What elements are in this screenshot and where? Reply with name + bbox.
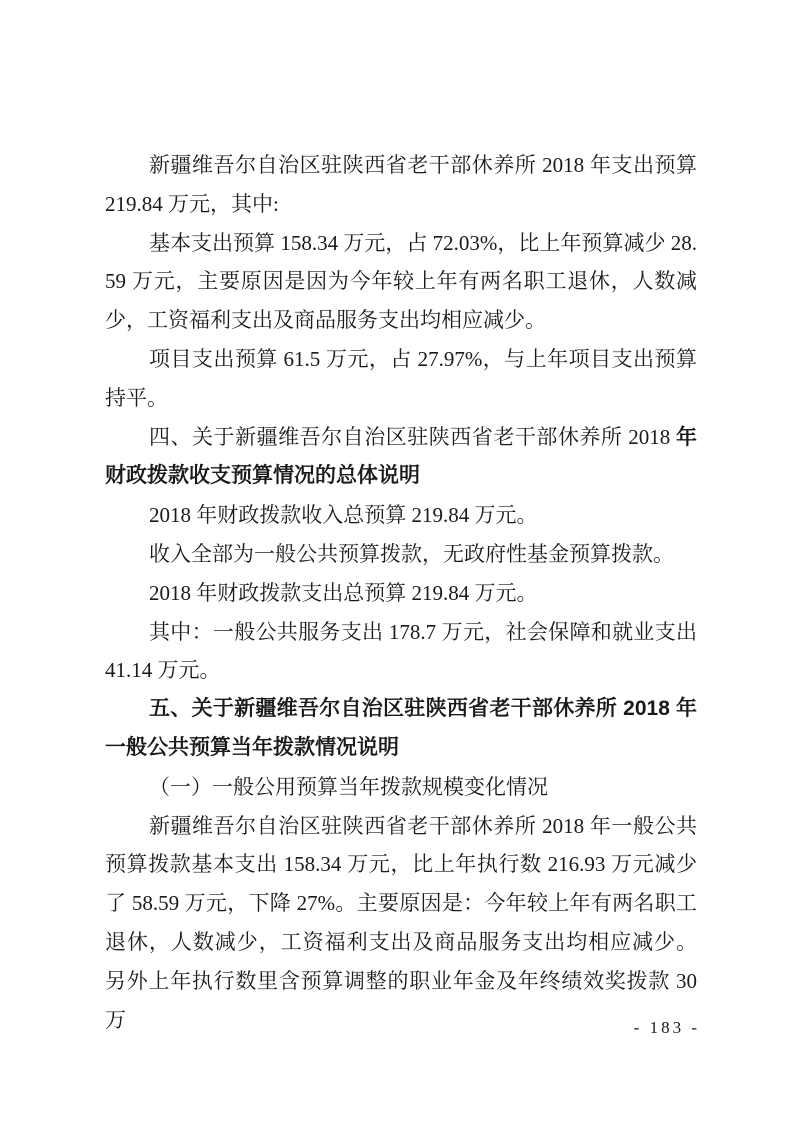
paragraph: 新疆维吾尔自治区驻陕西省老干部休养所 2018 年支出预算 219.84 万元，… bbox=[105, 146, 697, 224]
paragraph: 新疆维吾尔自治区驻陕西省老干部休养所 2018 年一般公共预算拨款基本支出 15… bbox=[105, 807, 697, 1040]
section-heading: 四、关于新疆维吾尔自治区驻陕西省老干部休养所 2018 年财政拨款收支预算情况的… bbox=[105, 418, 697, 497]
paragraph: 基本支出预算 158.34 万元，占 72.03%，比上年预算减少 28.59 … bbox=[105, 224, 697, 340]
paragraph: 2018 年财政拨款收入总预算 219.84 万元。 bbox=[105, 496, 697, 535]
paragraph: 项目支出预算 61.5 万元，占 27.97%，与上年项目支出预算持平。 bbox=[105, 340, 697, 418]
page-number: - 183 - bbox=[634, 1018, 700, 1038]
section-heading: 五、关于新疆维吾尔自治区驻陕西省老干部休养所 2018 年一般公共预算当年拨款情… bbox=[105, 690, 697, 768]
paragraph: 2018 年财政拨款支出总预算 219.84 万元。 bbox=[105, 574, 697, 613]
sub-heading: （一）一般公用预算当年拨款规模变化情况 bbox=[105, 768, 697, 807]
heading-text-regular: 四、关于新疆维吾尔自治区驻陕西省老干部休养所 2018 bbox=[149, 425, 676, 449]
document-body: 新疆维吾尔自治区驻陕西省老干部休养所 2018 年支出预算 219.84 万元，… bbox=[105, 146, 697, 1039]
paragraph: 其中：一般公共服务支出 178.7 万元，社会保障和就业支出 41.14 万元。 bbox=[105, 613, 697, 691]
document-page: 新疆维吾尔自治区驻陕西省老干部休养所 2018 年支出预算 219.84 万元，… bbox=[0, 0, 793, 1122]
heading-text-bold: 五、关于新疆维吾尔自治区驻陕西省老干部休养所 2018 年一般公共预算当年拨款情… bbox=[105, 697, 697, 759]
paragraph: 收入全部为一般公共预算拨款，无政府性基金预算拨款。 bbox=[105, 535, 697, 574]
